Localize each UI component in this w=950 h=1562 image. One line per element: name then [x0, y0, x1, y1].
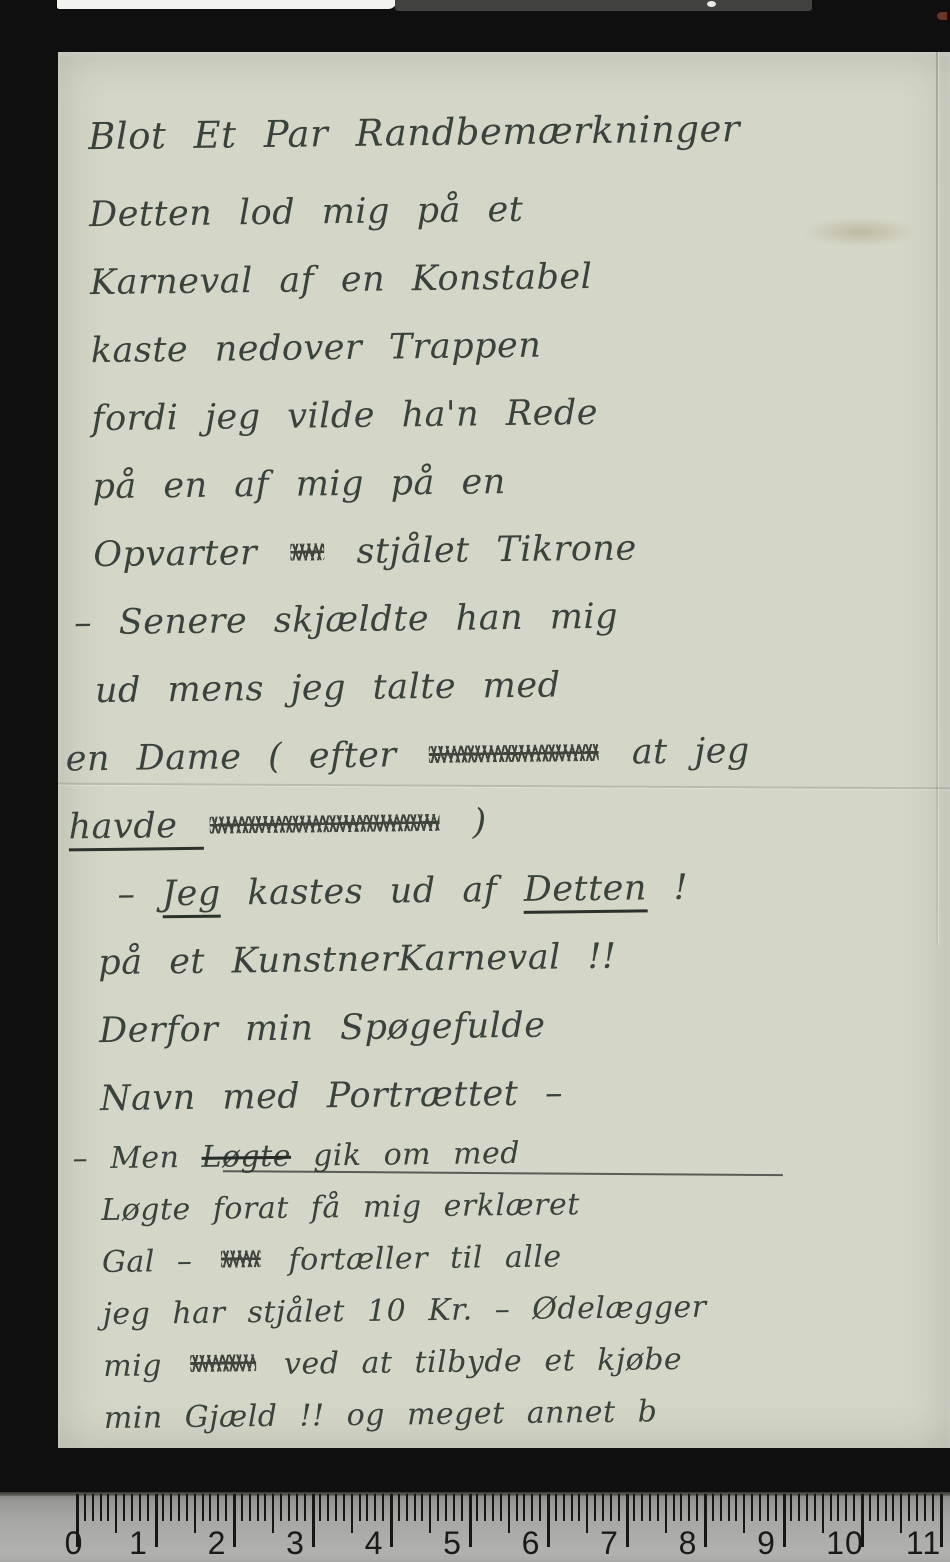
ruler-tick — [131, 1494, 133, 1521]
ruler-tick — [296, 1494, 298, 1521]
manuscript-page: Blot Et Par RandbemærkningerDetten lod m… — [58, 52, 950, 1448]
ruler-tick — [563, 1494, 565, 1521]
ruler-tick — [735, 1494, 737, 1521]
ruler-tick — [924, 1494, 926, 1521]
ruler-tick — [516, 1494, 518, 1521]
handwriting-segment: ved at tilbyde et kjøbe — [262, 1342, 683, 1382]
ruler-label: 6 — [522, 1525, 541, 1562]
ruler-tick — [649, 1494, 651, 1521]
handwriting-segment: Navn med Portrættet – — [100, 1073, 563, 1119]
ink-scribble — [429, 744, 599, 763]
handwriting-segment: – Senere skjældte han mig — [74, 597, 618, 644]
manuscript-line: ud mens jeg talte med — [95, 647, 930, 725]
ruler-tick — [170, 1494, 172, 1521]
handwriting-segment: Derfor min Spøgefulde — [99, 1006, 546, 1051]
ruler-tick — [461, 1494, 463, 1521]
ruler-tick — [123, 1494, 125, 1521]
ruler-tick — [916, 1494, 918, 1521]
handwriting-segment: – Men — [72, 1140, 201, 1177]
ruler-tick — [720, 1494, 722, 1521]
ruler-tick — [249, 1494, 251, 1521]
handwriting-segment: Blot Et Par Randbemærkninger — [88, 107, 740, 158]
ruler-tick — [602, 1494, 604, 1521]
ruler-tick — [759, 1494, 761, 1521]
ruler-tick — [908, 1494, 910, 1521]
ruler-tick — [335, 1494, 337, 1521]
ruler-tick — [429, 1494, 431, 1533]
ruler-tick — [84, 1494, 86, 1521]
ruler-tick — [932, 1494, 934, 1521]
ruler-tick — [657, 1494, 659, 1521]
manuscript-line: havde ) — [68, 783, 931, 862]
ruler-tick — [822, 1494, 824, 1533]
ruler-label: 7 — [600, 1525, 619, 1562]
ruler-tick — [704, 1494, 707, 1547]
ruler-tick — [421, 1494, 423, 1521]
ruler-tick — [712, 1494, 714, 1521]
ruler-tick — [241, 1494, 243, 1521]
handwriting-segment: Opvarter — [93, 533, 284, 575]
ruler-tick — [100, 1494, 102, 1521]
ruler-label: 3 — [286, 1525, 305, 1562]
ruler-label: 2 — [208, 1525, 227, 1562]
manuscript-line: en Dame ( efter at jeg — [65, 715, 930, 794]
handwriting-segment: Løgte forat få mig erklæret — [101, 1187, 580, 1228]
handwriting-segment: fordi jeg vilde ha'n Rede — [91, 393, 598, 439]
ruler-tick — [900, 1494, 902, 1533]
ruler-tick — [500, 1494, 502, 1521]
ruler-label: 9 — [757, 1525, 776, 1562]
handwriting-segment: Gal – — [102, 1244, 215, 1280]
ruler-tick — [437, 1494, 439, 1521]
handwriting-segment: mig — [103, 1348, 184, 1384]
ruler-tick — [610, 1494, 612, 1521]
ruler-tick — [319, 1494, 321, 1521]
ruler-tick — [814, 1494, 816, 1521]
ruler-tick — [892, 1494, 894, 1521]
ruler-tick — [92, 1494, 94, 1521]
manuscript-line: fordi jeg vilde ha'n Rede — [91, 375, 926, 453]
ruler-tick — [327, 1494, 329, 1521]
ruler-tick — [453, 1494, 455, 1521]
ink-scribble — [290, 543, 324, 560]
manuscript-line: Detten lod mig på et — [89, 171, 924, 249]
handwriting-segment: Jeg — [162, 874, 221, 919]
ruler-tick — [790, 1494, 792, 1521]
ruler-label: 11 — [906, 1525, 941, 1562]
ruler-tick — [783, 1494, 786, 1547]
ruler-tick — [155, 1494, 158, 1547]
handwriting-segment: ud mens jeg talte med — [95, 665, 561, 711]
ruler-tick — [233, 1494, 236, 1547]
ruler-tick — [618, 1494, 620, 1521]
manuscript-line: min Gjæld !! og meget annet b — [104, 1383, 939, 1445]
ruler-tick — [877, 1494, 879, 1521]
ruler-tick — [641, 1494, 643, 1521]
white-speck — [707, 1, 716, 7]
ruler-tick — [304, 1494, 306, 1521]
handwriting-segment: – — [117, 874, 162, 915]
ruler-tick — [688, 1494, 690, 1521]
ruler-tick — [312, 1494, 315, 1547]
ruler-tick — [162, 1494, 164, 1521]
ink-scribble — [220, 1250, 260, 1267]
ruler-tick — [555, 1494, 557, 1521]
ruler-tick — [476, 1494, 478, 1521]
ruler-tick — [257, 1494, 259, 1521]
ruler-tick — [107, 1494, 109, 1521]
ruler-tick — [885, 1494, 887, 1521]
handwriting-segment: havde — [68, 806, 204, 852]
ruler-label: 10 — [826, 1525, 864, 1562]
ruler-tick — [578, 1494, 580, 1521]
ruler-tick — [680, 1494, 682, 1521]
ruler-tick — [571, 1494, 573, 1521]
ruler-tick — [830, 1494, 832, 1521]
ruler-tick — [547, 1494, 550, 1547]
ruler-tick — [751, 1494, 753, 1521]
ruler-tick — [351, 1494, 353, 1533]
handwriting-segment: ) — [446, 802, 487, 842]
ruler-tick — [728, 1494, 730, 1521]
ruler-tick — [414, 1494, 416, 1521]
ruler-tick — [626, 1494, 629, 1547]
handwriting-segment: Karneval af en Konstabel — [90, 257, 593, 303]
red-speck — [937, 12, 947, 20]
ruler-label: 0 — [65, 1525, 84, 1562]
ruler-tick — [209, 1494, 211, 1521]
ruler-tick — [264, 1494, 266, 1521]
ruler-tick — [696, 1494, 698, 1521]
gray-object-edge — [395, 0, 812, 11]
ruler-tick — [359, 1494, 361, 1521]
ruler-tick — [147, 1494, 149, 1521]
ruler-tick — [743, 1494, 745, 1533]
photograph-of-manuscript: Blot Et Par RandbemærkningerDetten lod m… — [0, 0, 950, 1562]
ruler-tick — [366, 1494, 368, 1521]
ruler-tick — [398, 1494, 400, 1521]
ruler-tick — [845, 1494, 847, 1521]
manuscript-line: på en af mig på en — [92, 443, 927, 521]
ruler-tick — [539, 1494, 541, 1521]
handwriting-segment: at jeg — [605, 731, 750, 773]
ruler-tick — [508, 1494, 510, 1533]
handwriting-segment: på en af mig på en — [92, 462, 506, 507]
ruler-tick — [186, 1494, 188, 1521]
manuscript-line: – Senere skjældte han mig — [74, 579, 929, 657]
ink-scribble — [210, 814, 440, 834]
ruler-tick — [194, 1494, 196, 1533]
ruler-tick — [217, 1494, 219, 1521]
ruler-tick — [178, 1494, 180, 1521]
ruler-tick — [115, 1494, 117, 1533]
ruler-tick — [594, 1494, 596, 1521]
manuscript-line: på et KunstnerKarneval !! — [98, 919, 933, 997]
ink-scribble — [190, 1354, 256, 1372]
handwriting-segment: gik om med — [291, 1136, 520, 1174]
ruler-tick — [531, 1494, 533, 1521]
handwriting-segment: ! — [647, 868, 689, 909]
ruler-tick — [288, 1494, 290, 1521]
ruler-label: 5 — [443, 1525, 462, 1562]
handwriting-segment: fortæller til alle — [266, 1239, 562, 1278]
ruler-tick — [853, 1494, 855, 1521]
ruler-label: 1 — [129, 1525, 148, 1562]
handwriting-segment: jeg har stjålet 10 Kr. – Ødelægger — [102, 1290, 706, 1332]
ruler-tick — [280, 1494, 282, 1521]
handwriting-segment: kaste nedover Trappen — [91, 326, 542, 372]
ruler-tick — [523, 1494, 525, 1521]
ruler-tick — [633, 1494, 635, 1521]
ruler-tick — [775, 1494, 777, 1521]
handwriting-segment: på et KunstnerKarneval !! — [98, 937, 617, 983]
ruler-tick — [798, 1494, 800, 1521]
ruler-tick — [390, 1494, 393, 1547]
handwriting-segment: Detten lod mig på et — [89, 190, 524, 235]
ruler-tick — [586, 1494, 588, 1533]
ruler-label: 4 — [365, 1525, 384, 1562]
ruler-tick — [139, 1494, 141, 1521]
ruler-tick — [343, 1494, 345, 1521]
manuscript-line: Karneval af en Konstabel — [90, 239, 925, 317]
paper-crease-vertical — [936, 52, 938, 945]
manuscript-line: Navn med Portrættet – — [100, 1055, 935, 1133]
ruler-tick — [374, 1494, 376, 1521]
manuscript-line: – Jeg kastes ud af Detten ! — [117, 851, 932, 929]
ruler-tick — [492, 1494, 494, 1521]
ruler-tick — [382, 1494, 384, 1521]
handwriting-segment: Detten — [524, 868, 648, 914]
manuscript-line: kaste nedover Trappen — [90, 307, 925, 385]
ruler-tick — [673, 1494, 675, 1521]
handwriting-segment: stjålet Tikrone — [330, 528, 637, 572]
manuscript-line: Derfor min Spøgefulde — [99, 987, 934, 1065]
manuscript-line: Opvarter stjålet Tikrone — [93, 511, 928, 589]
manuscript-line: Blot Et Par Randbemærkninger — [88, 93, 923, 171]
white-object-edge — [57, 0, 397, 9]
ruler: 01234567891011 — [0, 1492, 950, 1562]
ruler-tick — [665, 1494, 667, 1533]
ruler-tick — [869, 1494, 871, 1521]
ruler-tick — [202, 1494, 204, 1521]
ruler-tick — [837, 1494, 839, 1521]
ruler-tick — [445, 1494, 447, 1521]
ruler-tick — [767, 1494, 769, 1521]
ruler-tick — [406, 1494, 408, 1521]
ruler-tick — [484, 1494, 486, 1521]
handwriting-segment: min Gjæld !! og meget annet b — [104, 1394, 658, 1436]
handwriting-segment: kastes ud af — [221, 870, 525, 914]
handwriting-segment: en Dame ( efter — [66, 735, 424, 779]
handwritten-text-block: Blot Et Par RandbemærkningerDetten lod m… — [88, 93, 938, 1453]
ruler-tick — [225, 1494, 227, 1521]
ruler-label: 8 — [679, 1525, 698, 1562]
ruler-tick — [272, 1494, 274, 1533]
ruler-tick — [806, 1494, 808, 1521]
ruler-tick — [469, 1494, 472, 1547]
